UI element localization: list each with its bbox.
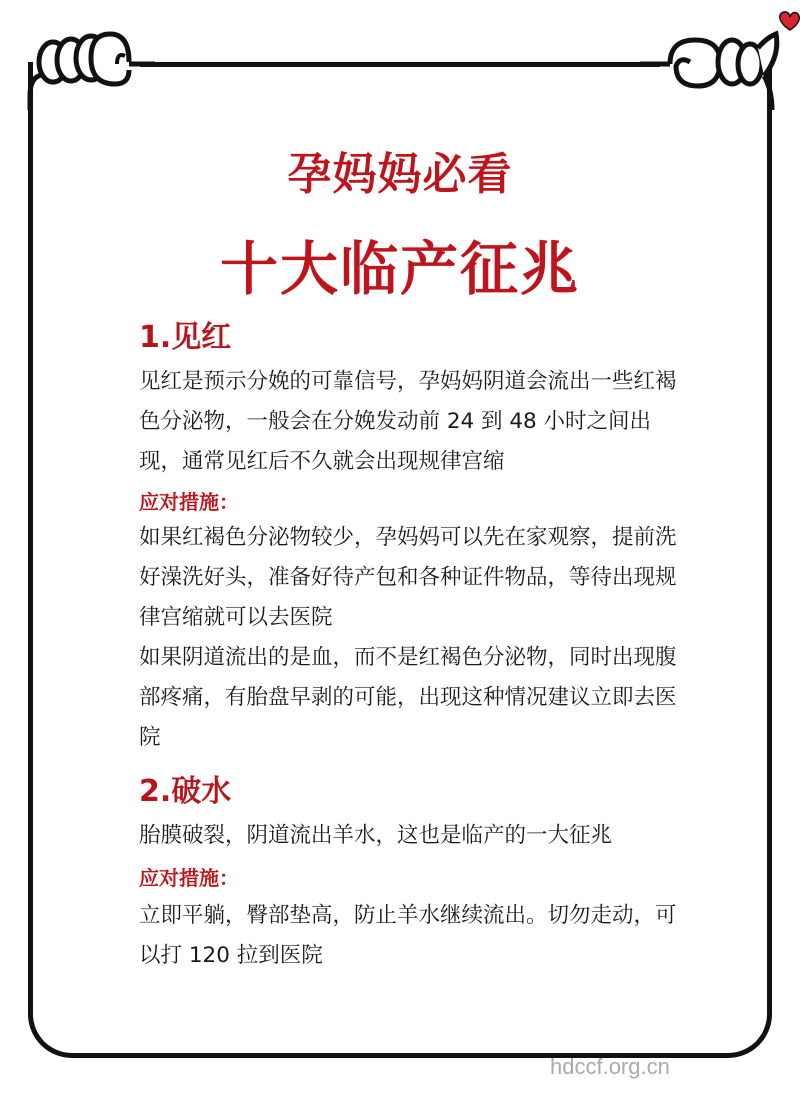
left-hand-decoration-icon <box>25 0 155 110</box>
title-line-1: 孕妈妈必看 <box>0 138 800 202</box>
section-2-heading: 2.破水 <box>139 766 231 810</box>
watermark: hdccf.org.cn <box>550 1054 670 1080</box>
section-1-description: 见红是预示分娩的可靠信号，孕妈妈阴道会流出一些红褐色分泌物，一般会在分娩发动前 … <box>139 362 679 482</box>
section-2-measure-1: 立即平躺，臀部垫高，防止羊水继续流出。切勿走动，可以打 120 拉到医院 <box>139 896 679 976</box>
right-hand-decoration-icon <box>640 0 800 110</box>
frame-top-line <box>140 62 660 67</box>
section-1-measures-label: 应对措施： <box>139 486 239 515</box>
section-1-measure-1: 如果红褐色分泌物较少，孕妈妈可以先在家观察，提前洗好澡洗好头，准备好待产包和各种… <box>139 518 679 638</box>
section-2-measures-label: 应对措施： <box>139 862 239 891</box>
section-1-measure-2: 如果阴道流出的是血，而不是红褐色分泌物，同时出现腹部疼痛，有胎盘早剥的可能，出现… <box>139 638 679 758</box>
section-2-description: 胎膜破裂，阴道流出羊水，这也是临产的一大征兆 <box>139 816 679 856</box>
title-line-2: 十大临产征兆 <box>0 222 800 306</box>
section-1-heading: 1.见红 <box>139 312 231 356</box>
